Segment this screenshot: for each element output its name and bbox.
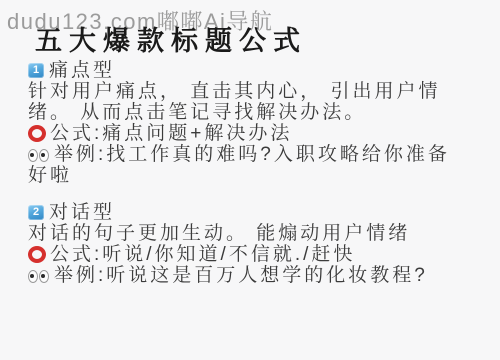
eyes-icon [28, 149, 50, 162]
section-heading-line: 2 对话型 [28, 202, 478, 223]
eye-left [28, 149, 38, 162]
red-circle-icon [28, 125, 46, 142]
section-heading-label: 对话型 [49, 202, 115, 223]
formula-text: 公式:听说/你知道/不信就./赶快 [50, 244, 355, 265]
eye-left [28, 270, 38, 283]
eye-right [39, 149, 49, 162]
keycap-number: 1 [33, 65, 39, 76]
section-dialogue: 2 对话型 对话的句子更加生动。 能煽动用户情绪 公式:听说/你知道/不信就./… [28, 202, 478, 286]
body-line: 绪。 从而点击笔记寻找解决办法。 [28, 102, 478, 123]
content: 1 痛点型 针对用户痛点， 直击其内心， 引出用户情 绪。 从而点击笔记寻找解决… [28, 60, 478, 286]
eyes-icon [28, 270, 50, 283]
section-pain-point: 1 痛点型 针对用户痛点， 直击其内心， 引出用户情 绪。 从而点击笔记寻找解决… [28, 60, 478, 186]
page-title: 五大爆款标题公式 [35, 19, 307, 58]
body-line: 针对用户痛点， 直击其内心， 引出用户情 [28, 81, 478, 102]
formula-text: 公式:痛点问题+解决办法 [50, 123, 292, 144]
example-text: 举例:听说这是百万人想学的化妆教程? [54, 265, 428, 286]
formula-line: 公式:听说/你知道/不信就./赶快 [28, 244, 478, 265]
red-circle-icon [28, 246, 46, 263]
section-heading-line: 1 痛点型 [28, 60, 478, 81]
body-line: 对话的句子更加生动。 能煽动用户情绪 [28, 223, 478, 244]
example-line: 举例:找工作真的难吗?入职攻略给你准备 [28, 144, 478, 165]
section-heading-label: 痛点型 [49, 60, 115, 81]
eye-right [39, 270, 49, 283]
note-page: dudu123.com嘟嘟Ai导航 五大爆款标题公式 1 痛点型 针对用户痛点，… [0, 0, 500, 360]
keycap-2-icon: 2 [28, 205, 44, 220]
keycap-1-icon: 1 [28, 63, 44, 78]
example-line: 举例:听说这是百万人想学的化妆教程? [28, 265, 478, 286]
formula-line: 公式:痛点问题+解决办法 [28, 123, 478, 144]
keycap-number: 2 [33, 207, 39, 218]
example-line-continued: 好啦 [28, 165, 478, 186]
example-text: 举例:找工作真的难吗?入职攻略给你准备 [54, 144, 450, 165]
